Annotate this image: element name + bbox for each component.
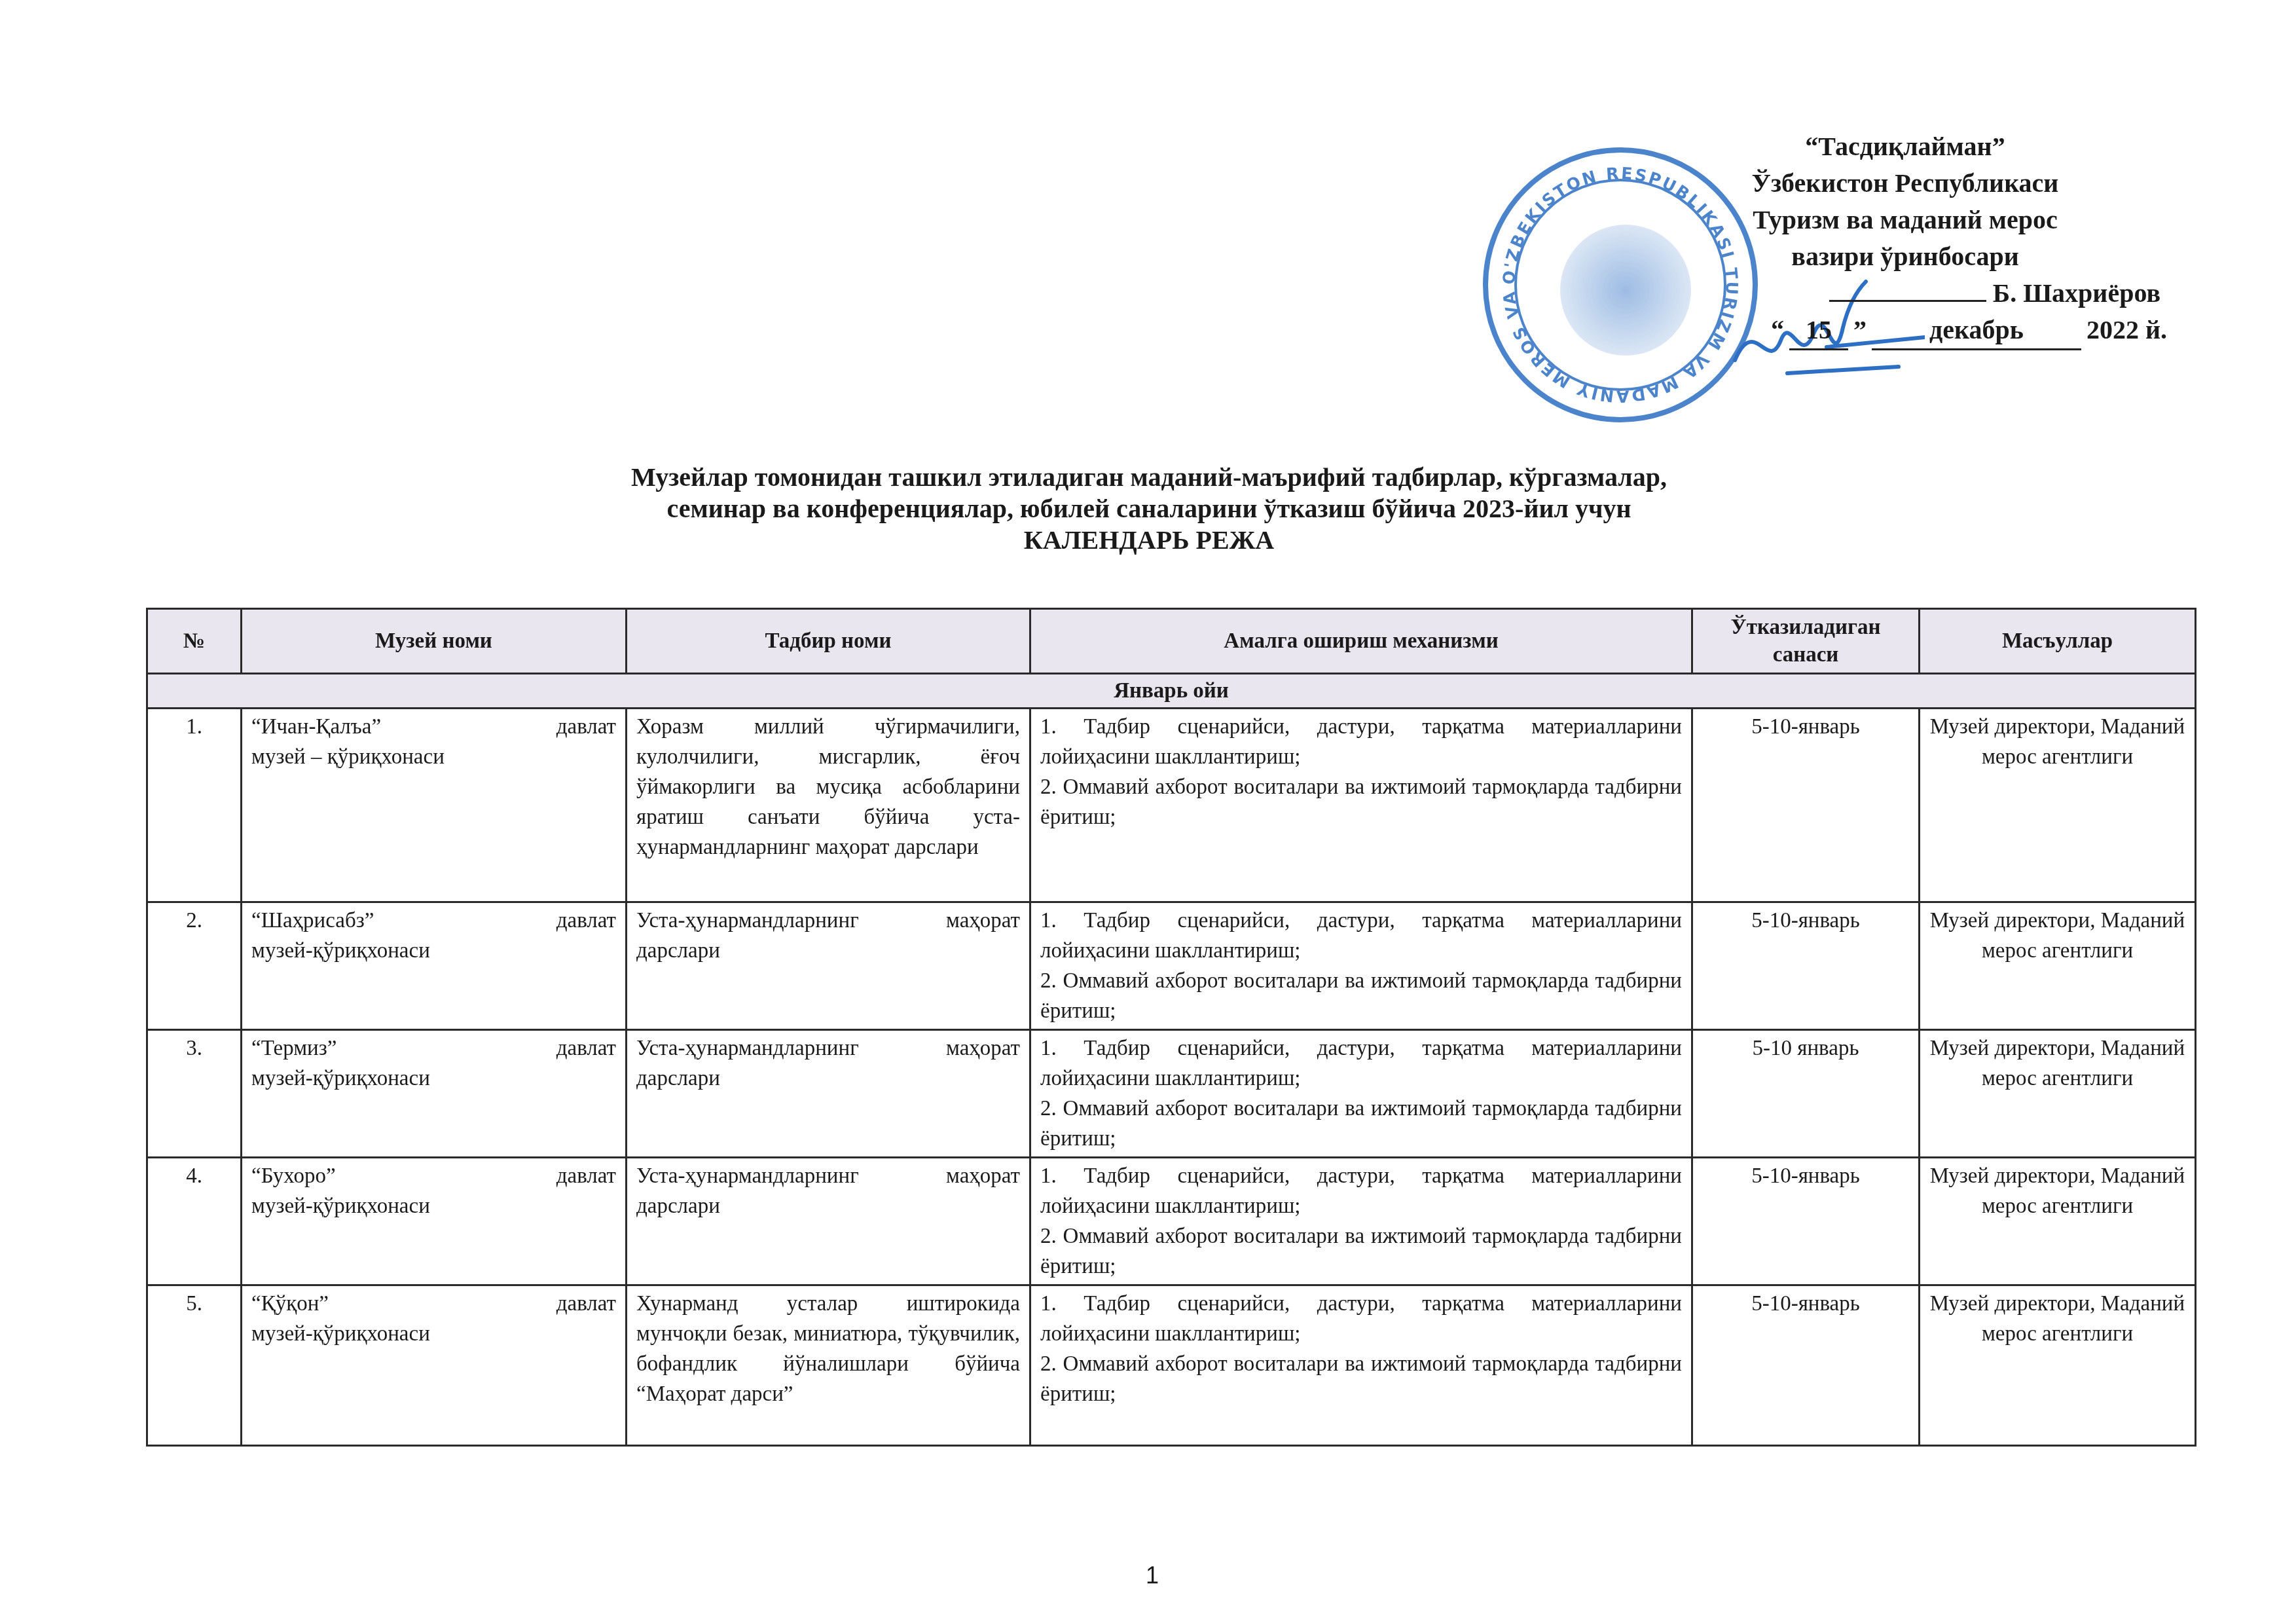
- signatory-name: Б. Шахриёров: [1993, 275, 2160, 312]
- header-museum: Музей номи: [242, 609, 627, 674]
- responsible-cell: Музей директори, Маданий мерос агентлиги: [1920, 1158, 2196, 1285]
- museum-type: давлат: [556, 1033, 616, 1063]
- title-line-3: КАЛЕНДАРЬ РЕЖА: [458, 525, 1840, 556]
- title-line-2: семинар ва конференциялар, юбилей санала…: [458, 493, 1840, 525]
- mechanism-cell: 1. Тадбир сценарийси, дастури, тарқатма …: [1030, 1285, 1692, 1446]
- date-cell: 5-10-январь: [1692, 1158, 1920, 1285]
- museum-type: давлат: [556, 1161, 616, 1191]
- responsible-cell: Музей директори, Маданий мерос агентлиги: [1920, 1030, 2196, 1158]
- table-row: 3. “Термиз”давлат музей-қўриқхонаси Уста…: [147, 1030, 2196, 1158]
- mechanism-item-2: 2. Оммавий ахборот воситалари ва ижтимои…: [1040, 966, 1682, 1026]
- responsible-cell: Музей директори, Маданий мерос агентлиги: [1920, 1285, 2196, 1446]
- approval-line-2: Туризм ва маданий мерос: [1676, 202, 2134, 238]
- museum-suffix: музей-қўриқхонаси: [251, 939, 430, 963]
- document-title: Музейлар томонидан ташкил этиладиган мад…: [458, 462, 1840, 556]
- table-header-row: № Музей номи Тадбир номи Амалга ошириш м…: [147, 609, 2196, 674]
- responsible-cell: Музей директори, Маданий мерос агентлиги: [1920, 902, 2196, 1030]
- date-day: 15: [1789, 312, 1848, 350]
- museum-name: “Бухоро”: [251, 1161, 336, 1191]
- mechanism-item-2: 2. Оммавий ахборот воситалари ва ижтимои…: [1040, 1094, 1682, 1154]
- date-open-quote: “: [1771, 312, 1784, 348]
- state-emblem-icon: [1560, 225, 1691, 356]
- approval-date: “ 15 ” декабрь 2022 й.: [1676, 312, 2167, 350]
- museum-suffix: музей – қўриқхонаси: [251, 745, 445, 769]
- mechanism-item-2: 2. Оммавий ахборот воситалари ва ижтимои…: [1040, 772, 1682, 832]
- event-cell: Хоразм миллий чўгирмачилиги, кулолчилиги…: [627, 709, 1030, 902]
- date-year: 2022 й.: [2086, 312, 2167, 348]
- museum-name: “Қўқон”: [251, 1289, 329, 1319]
- date-month: декабрь: [1872, 312, 2081, 350]
- mechanism-item-1: 1. Тадбир сценарийси, дастури, тарқатма …: [1040, 1289, 1682, 1349]
- approval-line-3: вазири ўринбосари: [1676, 238, 2134, 275]
- mechanism-item-2: 2. Оммавий ахборот воситалари ва ижтимои…: [1040, 1349, 1682, 1409]
- museum-cell: “Шаҳрисабз”давлат музей-қўриқхонаси: [242, 902, 627, 1030]
- approval-block: “Тасдиқлайман” Ўзбекистон Республикаси Т…: [1676, 128, 2134, 350]
- event-cell: Уста-ҳунармандларнинг маҳорат дарслари: [627, 902, 1030, 1030]
- museum-cell: “Ичан-Қалъа”давлат музей – қўриқхонаси: [242, 709, 627, 902]
- row-num: 4.: [147, 1158, 242, 1285]
- calendar-plan-table: № Музей номи Тадбир номи Амалга ошириш м…: [146, 608, 2196, 1447]
- mechanism-item-1: 1. Тадбир сценарийси, дастури, тарқатма …: [1040, 1161, 1682, 1221]
- signature-blank: [1829, 276, 1986, 302]
- museum-cell: “Термиз”давлат музей-қўриқхонаси: [242, 1030, 627, 1158]
- header-date: Ўтказиладиган санаси: [1692, 609, 1920, 674]
- mechanism-cell: 1. Тадбир сценарийси, дастури, тарқатма …: [1030, 1158, 1692, 1285]
- event-cell: Уста-ҳунармандларнинг маҳорат дарслари: [627, 1158, 1030, 1285]
- museum-name: “Ичан-Қалъа”: [251, 712, 381, 742]
- row-num: 2.: [147, 902, 242, 1030]
- header-responsible: Масъуллар: [1920, 609, 2196, 674]
- museum-name: “Шаҳрисабз”: [251, 906, 374, 936]
- table-row: 1. “Ичан-Қалъа”давлат музей – қўриқхонас…: [147, 709, 2196, 902]
- date-cell: 5-10-январь: [1692, 902, 1920, 1030]
- row-num: 1.: [147, 709, 242, 902]
- museum-cell: “Бухоро”давлат музей-қўриқхонаси: [242, 1158, 627, 1285]
- museum-type: давлат: [556, 906, 616, 936]
- museum-type: давлат: [556, 1289, 616, 1319]
- mechanism-cell: 1. Тадбир сценарийси, дастури, тарқатма …: [1030, 1030, 1692, 1158]
- mechanism-item-1: 1. Тадбир сценарийси, дастури, тарқатма …: [1040, 906, 1682, 966]
- row-num: 3.: [147, 1030, 242, 1158]
- month-label: Январь ойи: [147, 674, 2196, 709]
- museum-type: давлат: [556, 712, 616, 742]
- responsible-cell: Музей директори, Маданий мерос агентлиги: [1920, 709, 2196, 902]
- date-cell: 5-10-январь: [1692, 709, 1920, 902]
- mechanism-item-1: 1. Тадбир сценарийси, дастури, тарқатма …: [1040, 712, 1682, 772]
- museum-suffix: музей-қўриқхонаси: [251, 1067, 430, 1090]
- mechanism-item-1: 1. Тадбир сценарийси, дастури, тарқатма …: [1040, 1033, 1682, 1094]
- mechanism-cell: 1. Тадбир сценарийси, дастури, тарқатма …: [1030, 709, 1692, 902]
- row-num: 5.: [147, 1285, 242, 1446]
- table-row: 2. “Шаҳрисабз”давлат музей-қўриқхонаси У…: [147, 902, 2196, 1030]
- month-row: Январь ойи: [147, 674, 2196, 709]
- date-cell: 5-10-январь: [1692, 1285, 1920, 1446]
- header-event: Тадбир номи: [627, 609, 1030, 674]
- mechanism-item-2: 2. Оммавий ахборот воситалари ва ижтимои…: [1040, 1221, 1682, 1282]
- approval-line-1: Ўзбекистон Республикаси: [1676, 165, 2134, 202]
- museum-name: “Термиз”: [251, 1033, 337, 1063]
- table-row: 4. “Бухоро”давлат музей-қўриқхонаси Уста…: [147, 1158, 2196, 1285]
- date-close-quote: ”: [1853, 312, 1867, 348]
- header-mechanism: Амалга ошириш механизми: [1030, 609, 1692, 674]
- mechanism-cell: 1. Тадбир сценарийси, дастури, тарқатма …: [1030, 902, 1692, 1030]
- approval-heading: “Тасдиқлайман”: [1676, 128, 2134, 165]
- page-number: 1: [1139, 1562, 1165, 1589]
- table-row: 5. “Қўқон”давлат музей-қўриқхонаси Хунар…: [147, 1285, 2196, 1446]
- event-cell: Хунарманд усталар иштирокида мунчоқли бе…: [627, 1285, 1030, 1446]
- date-cell: 5-10 январь: [1692, 1030, 1920, 1158]
- title-line-1: Музейлар томонидан ташкил этиладиган мад…: [458, 462, 1840, 493]
- header-num: №: [147, 609, 242, 674]
- event-cell: Уста-ҳунармандларнинг маҳорат дарслари: [627, 1030, 1030, 1158]
- signature-line: Б. Шахриёров: [1676, 275, 2160, 312]
- museum-cell: “Қўқон”давлат музей-қўриқхонаси: [242, 1285, 627, 1446]
- museum-suffix: музей-қўриқхонаси: [251, 1322, 430, 1346]
- museum-suffix: музей-қўриқхонаси: [251, 1194, 430, 1218]
